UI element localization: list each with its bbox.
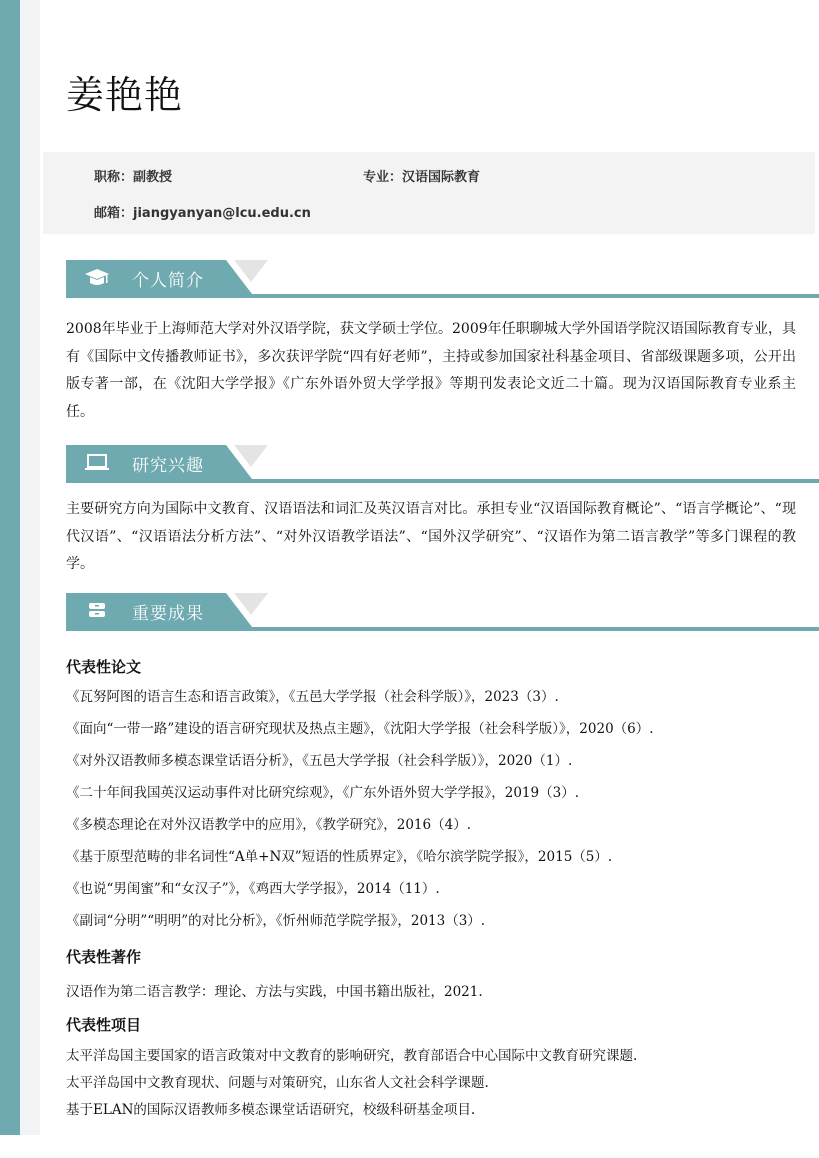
section-triangle-decoration <box>234 260 268 282</box>
section-title: 研究兴趣 <box>132 451 204 476</box>
email-value[interactable]: jiangyanyan@lcu.edu.cn <box>133 206 311 221</box>
section-underline <box>66 627 819 631</box>
section-title: 重要成果 <box>132 599 204 624</box>
title-label: 职称： <box>94 170 133 185</box>
research-paragraph: 主要研究方向为国际中文教育、汉语语法和词汇及英汉语言对比。承担专业“汉语国际教育… <box>66 496 796 579</box>
books-list: 汉语作为第二语言教学：理论、方法与实践，中国书籍出版社，2021. <box>66 976 483 1008</box>
email-label: 邮箱： <box>94 206 133 221</box>
email-field: 邮箱：jiangyanyan@lcu.edu.cn <box>94 202 311 221</box>
paper-item: 《面向“一带一路”建设的语言研究现状及热点主题》，《沈阳大学学报（社会科学版）》… <box>66 713 654 745</box>
archive-drawer-icon <box>84 600 110 620</box>
info-box: 职称：副教授 专业：汉语国际教育 邮箱：jiangyanyan@lcu.edu.… <box>43 152 815 234</box>
major-label: 专业： <box>363 170 402 185</box>
section-header-research: 研究兴趣 <box>66 441 819 483</box>
profile-name: 姜艳艳 <box>66 64 183 119</box>
project-item: 太平洋岛国中文教育现状、问题与对策研究，山东省人文社会科学课题. <box>66 1070 637 1097</box>
paper-item: 《对外汉语教师多模态课堂话语分析》，《五邑大学学报（社会科学版）》，2020（1… <box>66 745 654 777</box>
paper-item: 《也说“男闺蜜”和“女汉子”》，《鸡西大学学报》，2014（11）. <box>66 873 654 905</box>
paper-item: 《瓦努阿图的语言生态和语言政策》，《五邑大学学报（社会科学版）》，2023（3）… <box>66 681 654 713</box>
section-underline <box>66 294 819 298</box>
project-item: 基于ELAN的国际汉语教师多模态课堂话语研究，校级科研基金项目. <box>66 1097 637 1124</box>
major-value: 汉语国际教育 <box>402 170 480 185</box>
section-triangle-decoration <box>234 593 268 615</box>
title-value: 副教授 <box>133 170 172 185</box>
section-header-achievements: 重要成果 <box>66 589 819 631</box>
section-header-intro: 个人简介 <box>66 256 819 298</box>
papers-list: 《瓦努阿图的语言生态和语言政策》，《五邑大学学报（社会科学版）》，2023（3）… <box>66 681 654 937</box>
section-underline <box>66 479 819 483</box>
left-gray-strip <box>20 0 40 1135</box>
paper-item: 《多模态理论在对外汉语教学中的应用》，《教学研究》，2016（4）. <box>66 809 654 841</box>
title-field: 职称：副教授 <box>94 166 172 185</box>
paper-item: 《基于原型范畴的非名词性“A单+N双”短语的性质界定》，《哈尔滨学院学报》，20… <box>66 841 654 873</box>
graduation-cap-icon <box>84 267 110 287</box>
projects-list: 太平洋岛国主要国家的语言政策对中文教育的影响研究，教育部语合中心国际中文教育研究… <box>66 1043 637 1124</box>
section-triangle-decoration <box>234 445 268 467</box>
project-item: 太平洋岛国主要国家的语言政策对中文教育的影响研究，教育部语合中心国际中文教育研究… <box>66 1043 637 1070</box>
laptop-icon <box>84 452 110 472</box>
books-heading: 代表性著作 <box>66 946 141 967</box>
paper-item: 《二十年间我国英汉运动事件对比研究综观》，《广东外语外贸大学学报》，2019（3… <box>66 777 654 809</box>
left-accent-strip <box>0 0 20 1135</box>
section-title: 个人简介 <box>132 266 204 291</box>
papers-heading: 代表性论文 <box>66 656 141 677</box>
projects-heading: 代表性项目 <box>66 1014 141 1035</box>
paper-item: 《副词“分明”“明明”的对比分析》，《忻州师范学院学报》，2013（3）. <box>66 905 654 937</box>
book-item: 汉语作为第二语言教学：理论、方法与实践，中国书籍出版社，2021. <box>66 976 483 1008</box>
major-field: 专业：汉语国际教育 <box>363 166 480 185</box>
intro-paragraph: 2008年毕业于上海师范大学对外汉语学院，获文学硕士学位。2009年任职聊城大学… <box>66 316 796 426</box>
